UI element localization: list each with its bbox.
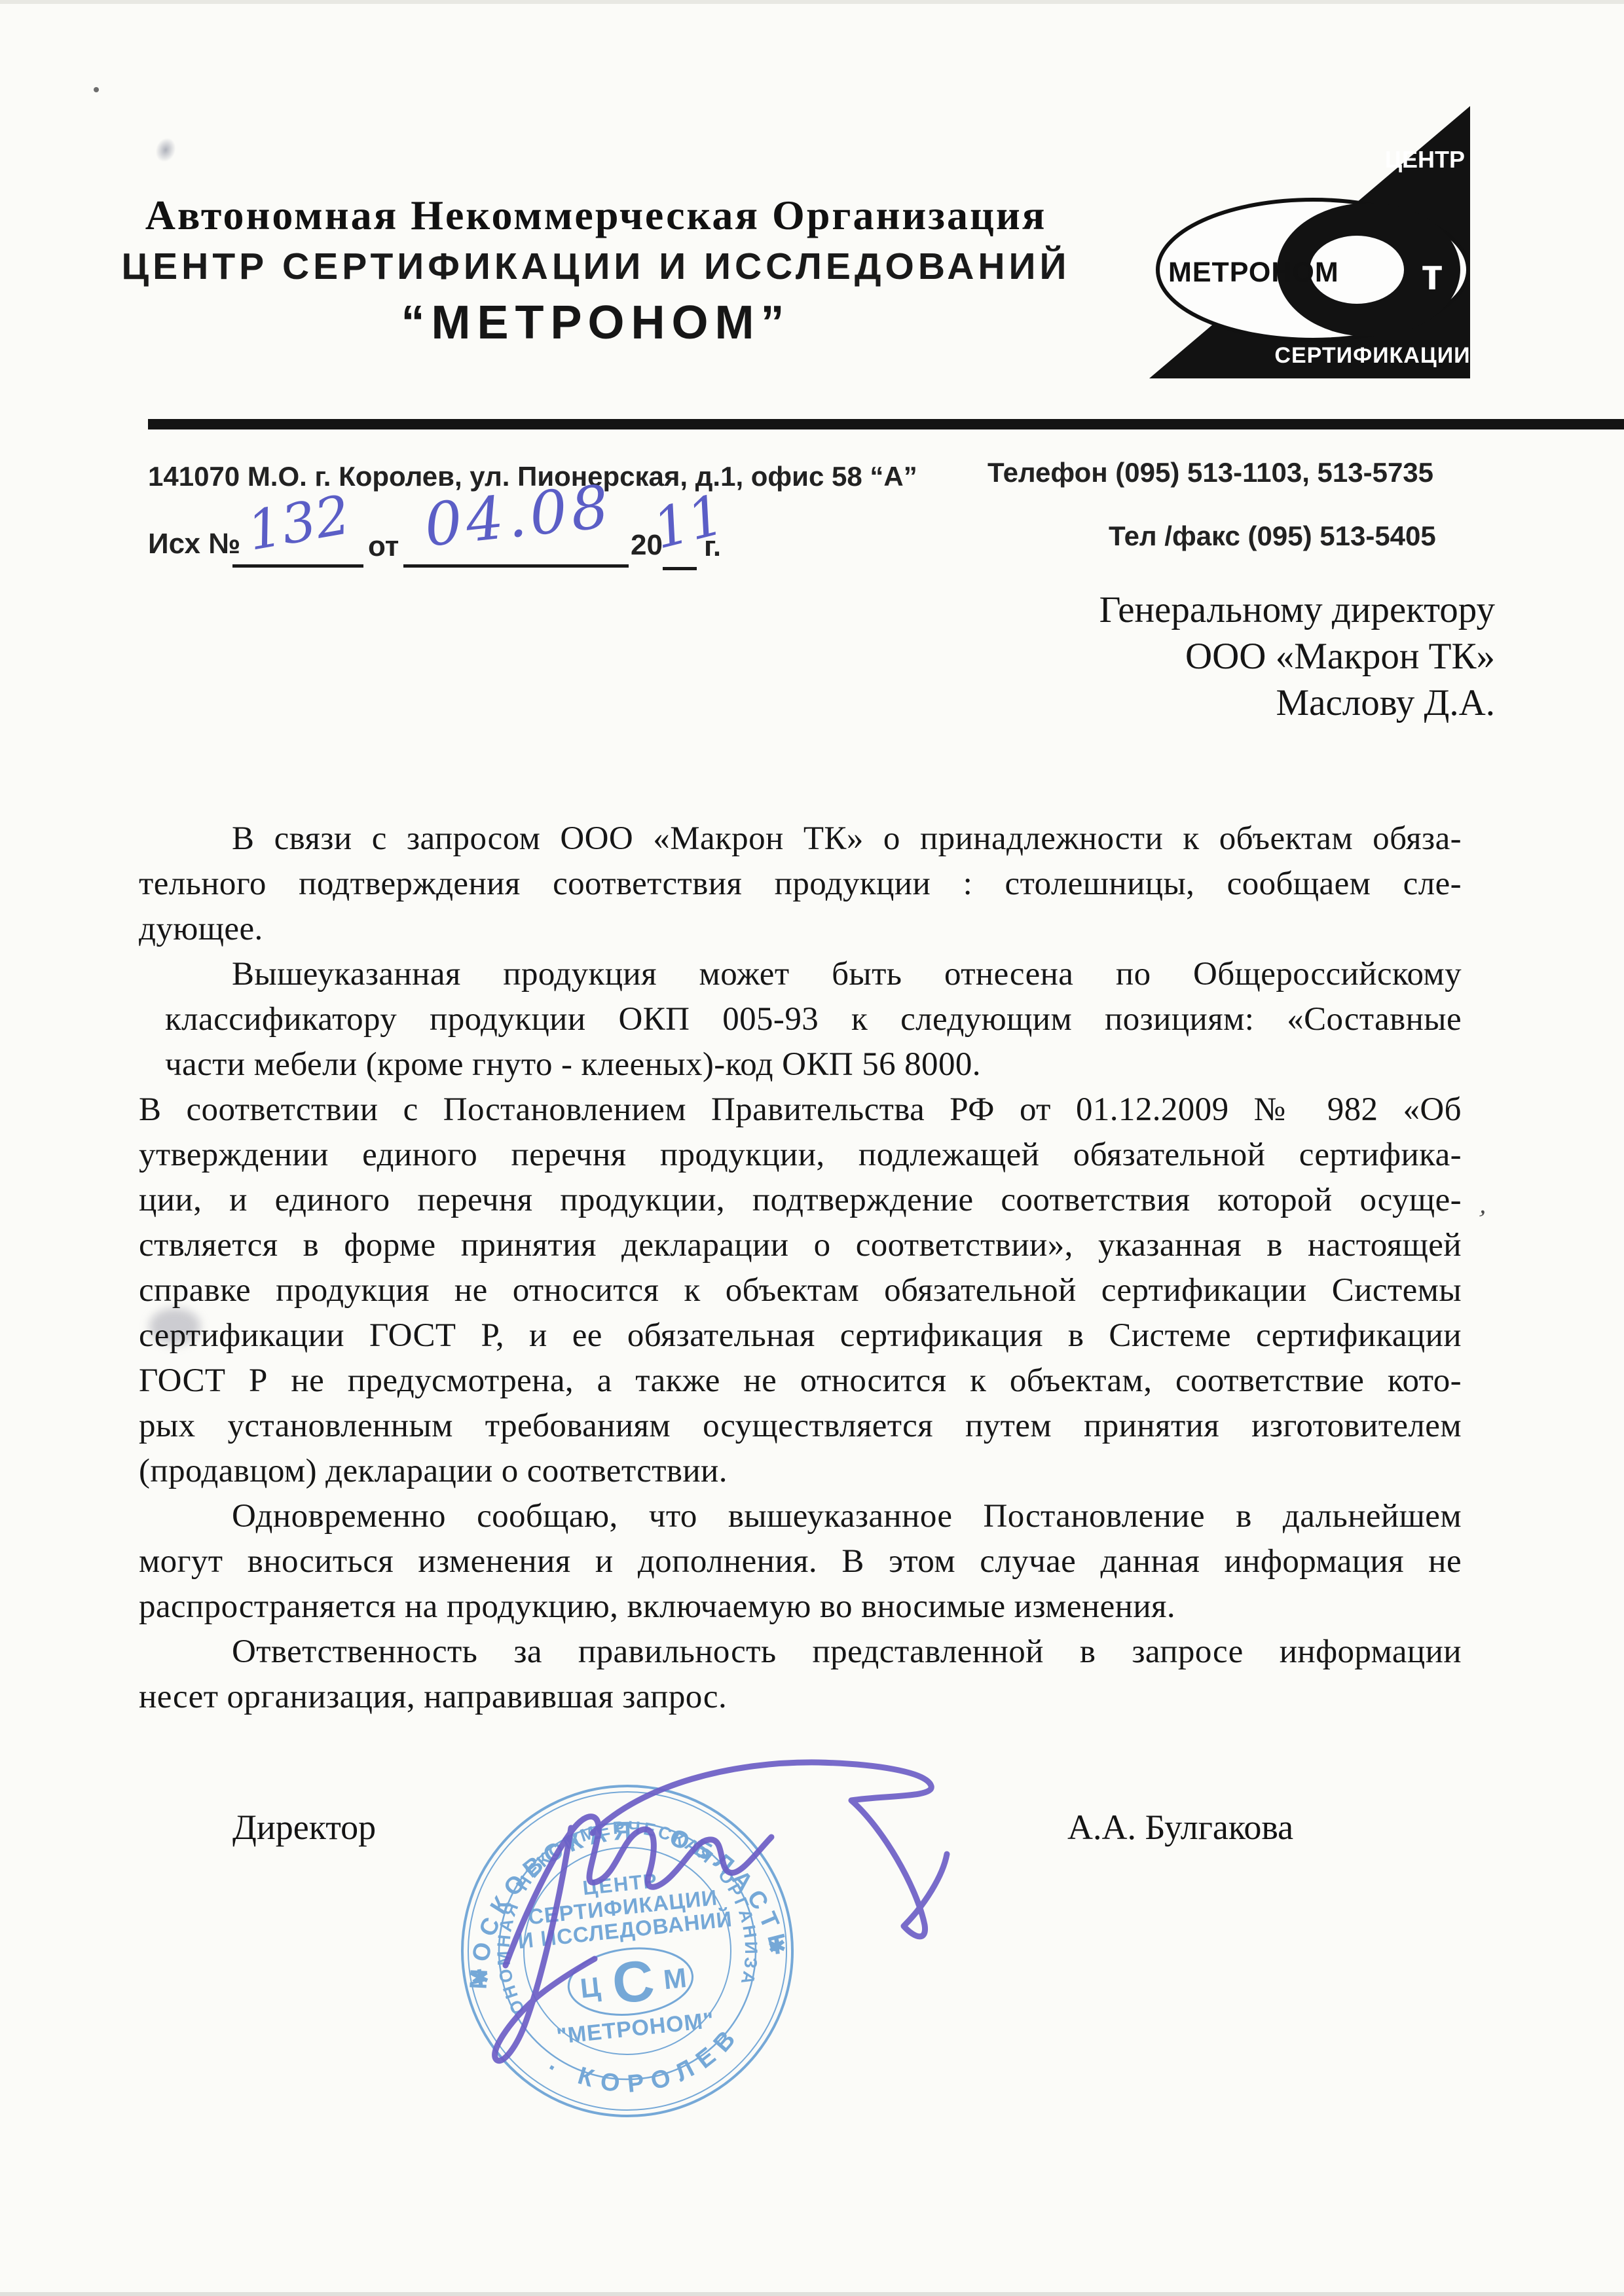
body-line-17: могут вноситься изменения и дополнения. … — [139, 1539, 1462, 1584]
body-line-7: В соответствии с Постановлением Правител… — [139, 1087, 1462, 1133]
body-line-6: части мебели (кроме гнуто - клееных)-код… — [139, 1042, 1462, 1087]
logo-brand-text: МЕТРОНОМ — [1168, 257, 1339, 288]
org-brand-line: “МЕТРОНОМ” — [85, 296, 1107, 350]
recipient-title: Генеральному директору — [786, 587, 1495, 633]
body-line-11: справке продукция не относится к объекта… — [139, 1268, 1462, 1313]
org-name-line: ЦЕНТР СЕРТИФИКАЦИИ И ИССЛЕДОВАНИЙ — [85, 245, 1107, 288]
handwritten-ref-number: 132 — [243, 484, 355, 563]
ref-number-label: Исх № — [148, 528, 240, 560]
signature-stroke-flourish — [593, 1762, 947, 1937]
org-fax: Тел /факс (095) 513-5405 — [1109, 520, 1436, 552]
ref-date-blank — [403, 564, 629, 568]
header-rule — [148, 419, 1624, 429]
body-line-16: Одновременно сообщаю, что вышеуказанное … — [139, 1494, 1462, 1539]
signatory-name: А.А. Булгакова — [1067, 1807, 1293, 1848]
signature-stroke-descender — [495, 1828, 595, 2061]
recipient-person: Маслову Д.А. — [786, 680, 1495, 726]
body-line-2: тельного подтверждения соответствия прод… — [139, 862, 1462, 907]
logo-center-text: ЦЕНТР — [1385, 146, 1465, 173]
body-line-12: сертификации ГОСТ Р, и ее обязательная с… — [139, 1313, 1462, 1358]
scan-stray-mark: ’ — [1473, 1203, 1489, 1235]
ref-ot-label: от — [368, 530, 399, 563]
scan-top-edge — [0, 0, 1624, 4]
body-line-5: классификатору продукции ОКП 005-93 к сл… — [139, 997, 1462, 1042]
recipient-block: Генеральному директору ООО «Макрон ТК» М… — [786, 587, 1495, 726]
org-type-line: Автономная Некоммерческая Организация — [85, 191, 1107, 240]
org-phone: Телефон (095) 513-1103, 513-5735 — [987, 457, 1433, 488]
body-line-19: Ответственность за правильность представ… — [139, 1630, 1462, 1675]
scanned-letter-page: { "header": { "org_type": "Автономная Не… — [0, 0, 1624, 2296]
ref-number-blank — [232, 564, 363, 568]
body-line-9: ции, и единого перечня продукции, подтве… — [139, 1178, 1462, 1223]
signatory-title: Директор — [232, 1807, 376, 1848]
scan-bottom-edge — [0, 2292, 1624, 2296]
recipient-company: ООО «Макрон ТК» — [786, 633, 1495, 680]
body-line-1: В связи с запросом ООО «Макрон ТК» о при… — [139, 816, 1462, 862]
logo-small-letter: т — [1421, 249, 1443, 299]
body-line-13: ГОСТ Р не предусмотрена, а также не отно… — [139, 1358, 1462, 1404]
letter-body: В связи с запросом ООО «Макрон ТК» о при… — [139, 816, 1462, 1720]
body-line-15: (продавцом) декларации о соответствии. — [139, 1449, 1462, 1494]
body-line-10: ствляется в форме принятия декларации о … — [139, 1223, 1462, 1268]
handwritten-signature — [458, 1715, 995, 2121]
body-line-8: утверждении единого перечня продукции, п… — [139, 1133, 1462, 1178]
body-line-20: несет организация, направившая запрос. — [139, 1675, 1462, 1720]
body-line-4: Вышеуказанная продукция может быть отнес… — [139, 952, 1462, 997]
scan-smudge — [152, 135, 179, 165]
metronom-logo: т МЕТРОНОМ ЦЕНТР СЕРТИФИКАЦИИ — [1139, 98, 1493, 386]
ref-year-blank — [663, 567, 697, 570]
body-line-14: рых установленным требованиям осуществля… — [139, 1404, 1462, 1449]
body-line-18: распространяется на продукцию, включаему… — [139, 1584, 1462, 1630]
body-line-3: дующее. — [139, 907, 1462, 952]
ref-year-suffix: г. — [704, 530, 721, 563]
logo-bottom-text: СЕРТИФИКАЦИИ — [1274, 343, 1470, 368]
scan-speck — [94, 87, 99, 92]
